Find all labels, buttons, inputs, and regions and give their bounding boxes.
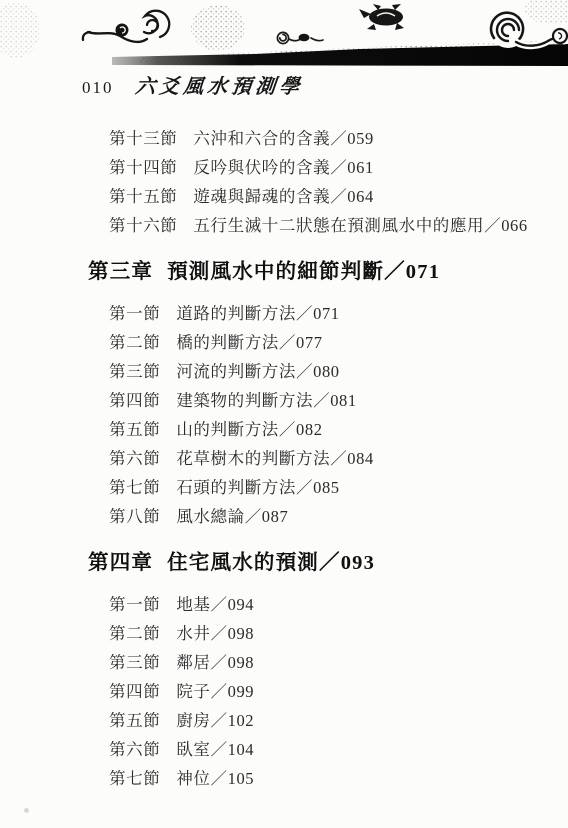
toc-entry: 第三節鄰居／098 [0, 648, 568, 677]
toc-entry-title: 山的判斷方法／082 [176, 420, 322, 439]
toc-entry-label: 第四節 [109, 682, 160, 701]
header-ornament-band [0, 0, 568, 70]
toc-entry-title: 河流的判斷方法／080 [176, 362, 339, 381]
toc-entry: 第五節山的判斷方法／082 [0, 415, 568, 444]
toc-entry-title: 地基／094 [176, 595, 254, 614]
toc-entry-title: 建築物的判斷方法／081 [176, 391, 356, 410]
toc-entry: 第一節地基／094 [0, 590, 568, 619]
toc-entry-label: 第十四節 [109, 158, 177, 177]
corner-texture [0, 2, 40, 58]
stipple-texture [191, 5, 245, 51]
toc-entry-title: 遊魂與歸魂的含義／064 [193, 187, 373, 206]
toc-entry: 第五節廚房／102 [0, 706, 568, 735]
toc-entry-title: 五行生滅十二狀態在預測風水中的應用／066 [193, 216, 527, 235]
toc-entry-title: 六沖和六合的含義／059 [193, 129, 373, 148]
toc-entry-title: 神位／105 [176, 769, 254, 788]
corner-texture [524, 0, 568, 24]
toc-entry-label: 第五節 [109, 420, 160, 439]
center-scroll-head [299, 34, 310, 42]
toc-entry-label: 第六節 [109, 449, 160, 468]
toc-entry-title: 道路的判斷方法／071 [176, 304, 339, 323]
toc-entry: 第一節道路的判斷方法／071 [0, 299, 568, 328]
book-title: 六爻風水預測學 [134, 70, 305, 99]
toc-entry-label: 第三節 [109, 362, 160, 381]
toc-entry: 第八節風水總論／087 [0, 502, 568, 531]
toc-entry-label: 第十五節 [109, 187, 177, 206]
toc-entry-title: 反吟與伏吟的含義／061 [193, 158, 373, 177]
toc-entry: 第四節建築物的判斷方法／081 [0, 386, 568, 415]
toc-entry: 第七節神位／105 [0, 764, 568, 793]
running-head: 010 六爻風水預測學 [82, 70, 302, 100]
left-cloud-head [116, 24, 129, 37]
toc-entry: 第六節花草樹木的判斷方法／084 [0, 444, 568, 473]
header-rule-bar [112, 44, 568, 66]
right-cloud-head [553, 29, 567, 43]
toc-entry-label: 第十三節 [109, 129, 177, 148]
toc-entry-label: 第七節 [109, 478, 160, 497]
toc-entry: 第十三節六沖和六合的含義／059 [0, 124, 568, 153]
toc-entry-label: 第一節 [109, 595, 160, 614]
toc-entry-title: 橋的判斷方法／077 [176, 333, 322, 352]
toc-entry: 第二節橋的判斷方法／077 [0, 328, 568, 357]
scan-speck [24, 808, 29, 813]
turtle-icon [359, 4, 404, 30]
toc-entry-title: 鄰居／098 [176, 653, 254, 672]
toc-entry-title: 水井／098 [176, 624, 254, 643]
toc-chapter-label: 第四章 [88, 552, 153, 574]
toc-entry-label: 第五節 [109, 711, 160, 730]
toc-entry-label: 第三節 [109, 653, 160, 672]
toc-entry: 第四節院子／099 [0, 677, 568, 706]
toc-entry-title: 風水總論／087 [176, 507, 288, 526]
toc-entry: 第六節臥室／104 [0, 735, 568, 764]
toc-chapter-heading: 第四章住宅風水的預測／093 [0, 546, 568, 580]
ornament-graphics [0, 0, 568, 70]
toc-chapter-heading: 第三章預測風水中的細節判斷／071 [0, 255, 568, 289]
toc-entry-title: 臥室／104 [176, 740, 254, 759]
toc-entry-title: 花草樹木的判斷方法／084 [176, 449, 374, 468]
toc-entry: 第十四節反吟與伏吟的含義／061 [0, 153, 568, 182]
toc-chapter-label: 第三章 [88, 261, 153, 283]
toc-entry-label: 第二節 [109, 624, 160, 643]
toc-entry-label: 第一節 [109, 304, 160, 323]
page-number: 010 [82, 78, 114, 98]
toc-entry-label: 第二節 [109, 333, 160, 352]
toc-entry-title: 院子／099 [176, 682, 254, 701]
table-of-contents: 第十三節六沖和六合的含義／059 第十四節反吟與伏吟的含義／061 第十五節遊魂… [0, 124, 568, 793]
toc-chapter-title: 預測風水中的細節判斷／071 [167, 261, 440, 283]
toc-entry: 第二節水井／098 [0, 619, 568, 648]
toc-entry: 第十五節遊魂與歸魂的含義／064 [0, 182, 568, 211]
toc-chapter-title: 住宅風水的預測／093 [167, 552, 375, 574]
toc-entry: 第三節河流的判斷方法／080 [0, 357, 568, 386]
toc-entry-label: 第八節 [109, 507, 160, 526]
toc-entry-title: 廚房／102 [176, 711, 254, 730]
toc-entry-label: 第十六節 [109, 216, 177, 235]
toc-entry-title: 石頭的判斷方法／085 [176, 478, 339, 497]
toc-entry-label: 第四節 [109, 391, 160, 410]
book-page: 010 六爻風水預測學 第十三節六沖和六合的含義／059 第十四節反吟與伏吟的含… [0, 0, 568, 828]
toc-entry: 第七節石頭的判斷方法／085 [0, 473, 568, 502]
toc-entry: 第十六節五行生滅十二狀態在預測風水中的應用／066 [0, 211, 568, 240]
toc-entry-label: 第六節 [109, 740, 160, 759]
toc-entry-label: 第七節 [109, 769, 160, 788]
